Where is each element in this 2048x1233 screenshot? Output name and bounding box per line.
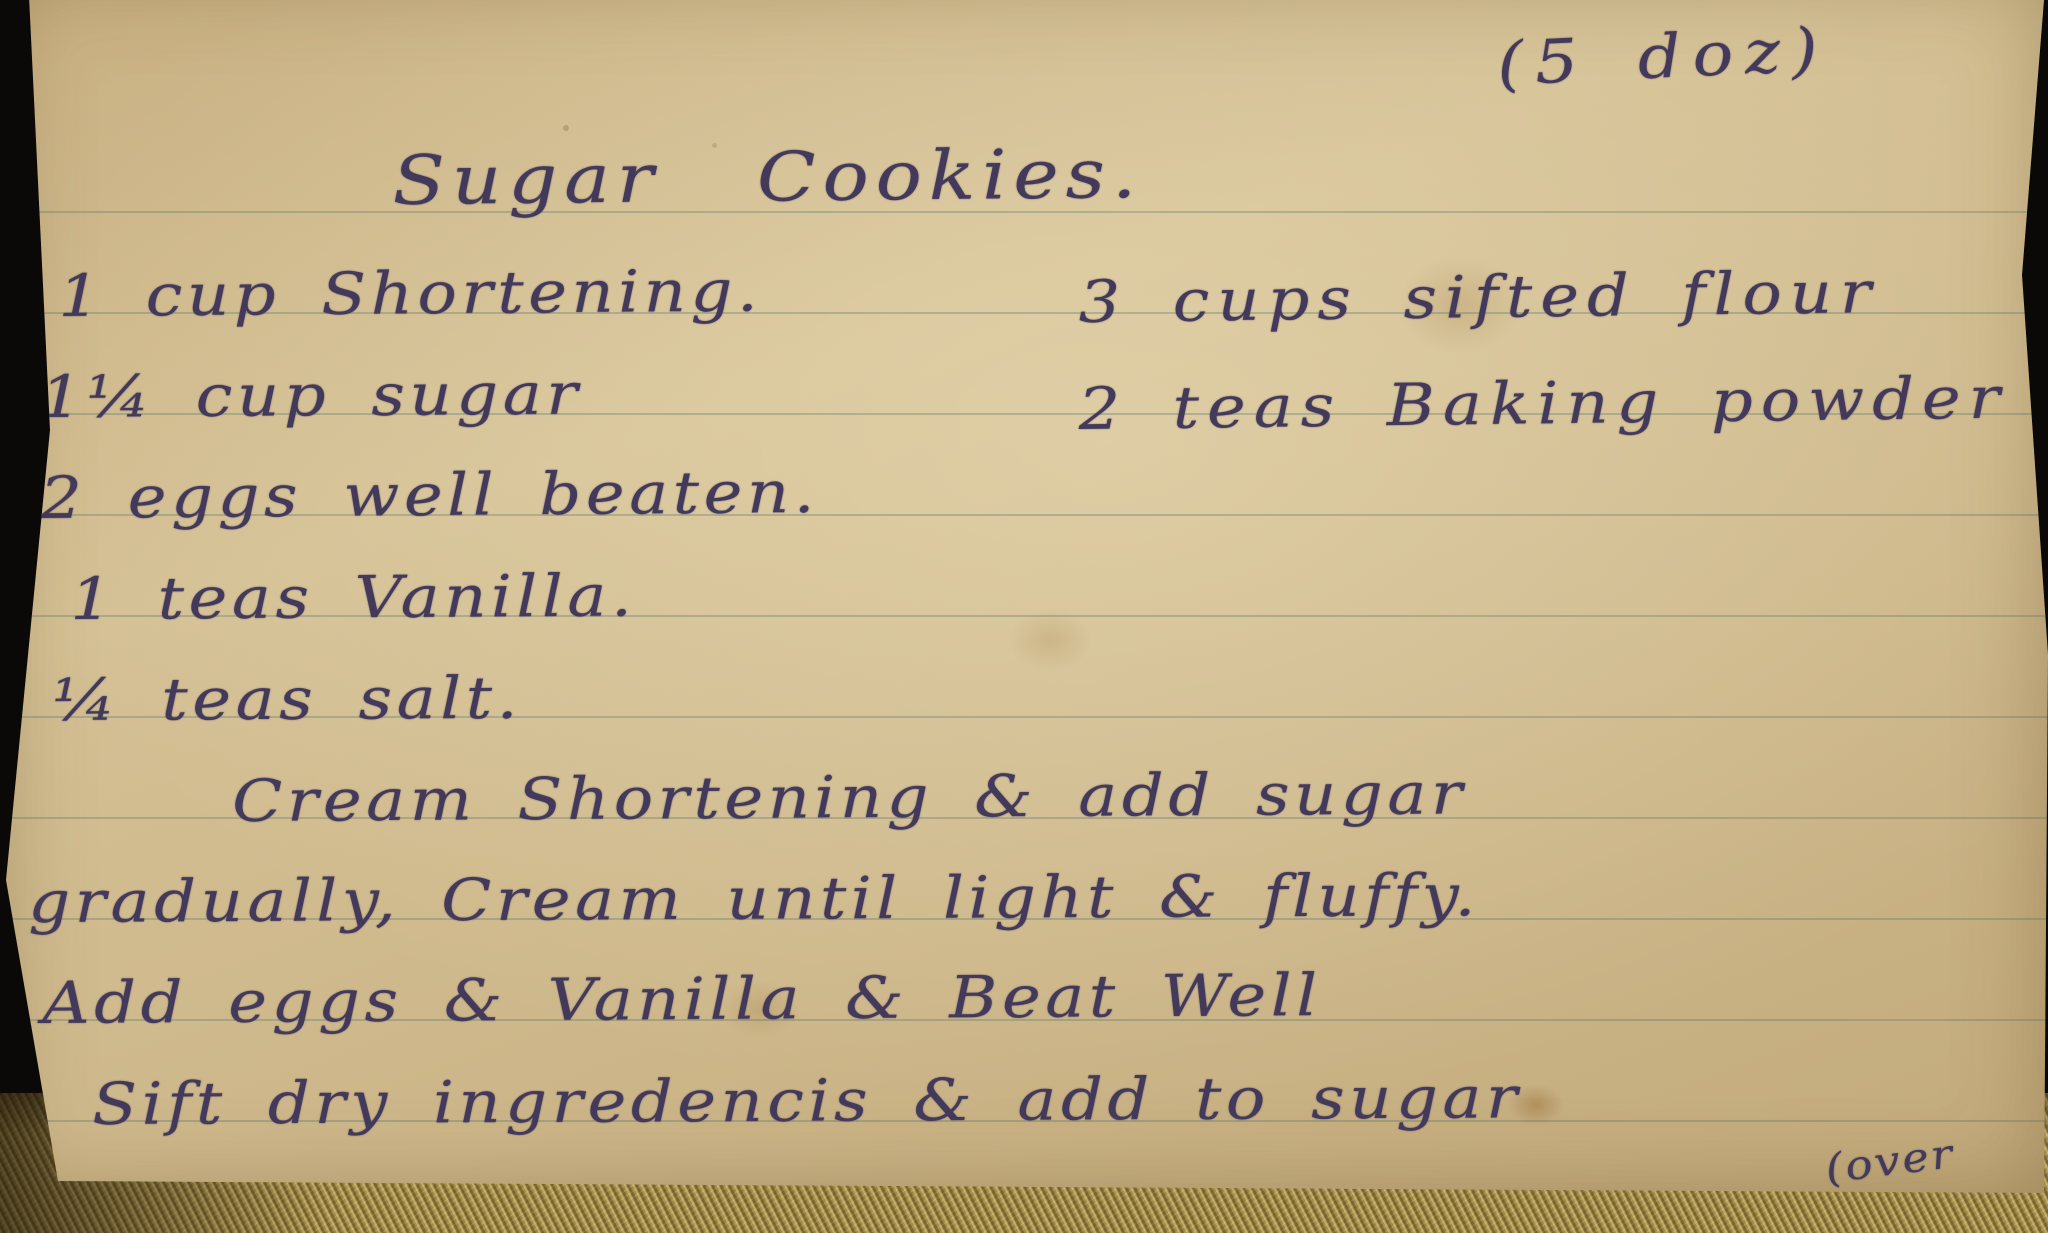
instruction-line: Add eggs & Vanilla & Beat Well <box>42 961 1322 1037</box>
ingredient-line: 1 teas Vanilla. <box>70 562 637 633</box>
ingredient-line: 2 teas Baking powder <box>1078 364 2008 443</box>
ingredient-line: 1¼ cup sugar <box>40 360 582 431</box>
ingredient-line: ¼ teas salt. <box>52 664 522 734</box>
paper-speck <box>563 125 569 131</box>
ingredient-line: 1 cup Shortening. <box>58 257 763 330</box>
yield-note: (5 doz) <box>1495 15 1831 100</box>
photo-background: (5 doz) Sugar Cookies. 1 cup Shortening.… <box>0 0 2048 1233</box>
instruction-line: Sift dry ingredencis & add to sugar <box>92 1063 1522 1138</box>
ingredient-line: 2 eggs well beaten. <box>40 458 819 532</box>
instruction-line: gradually, Cream until light & fluffy. <box>28 861 1480 936</box>
recipe-title: Sugar Cookies. <box>392 135 1143 221</box>
instruction-line: Cream Shortening & add sugar <box>232 759 1467 835</box>
recipe-card: (5 doz) Sugar Cookies. 1 cup Shortening.… <box>0 0 2048 1197</box>
ingredient-line: 3 cups sifted flour <box>1078 258 1880 336</box>
